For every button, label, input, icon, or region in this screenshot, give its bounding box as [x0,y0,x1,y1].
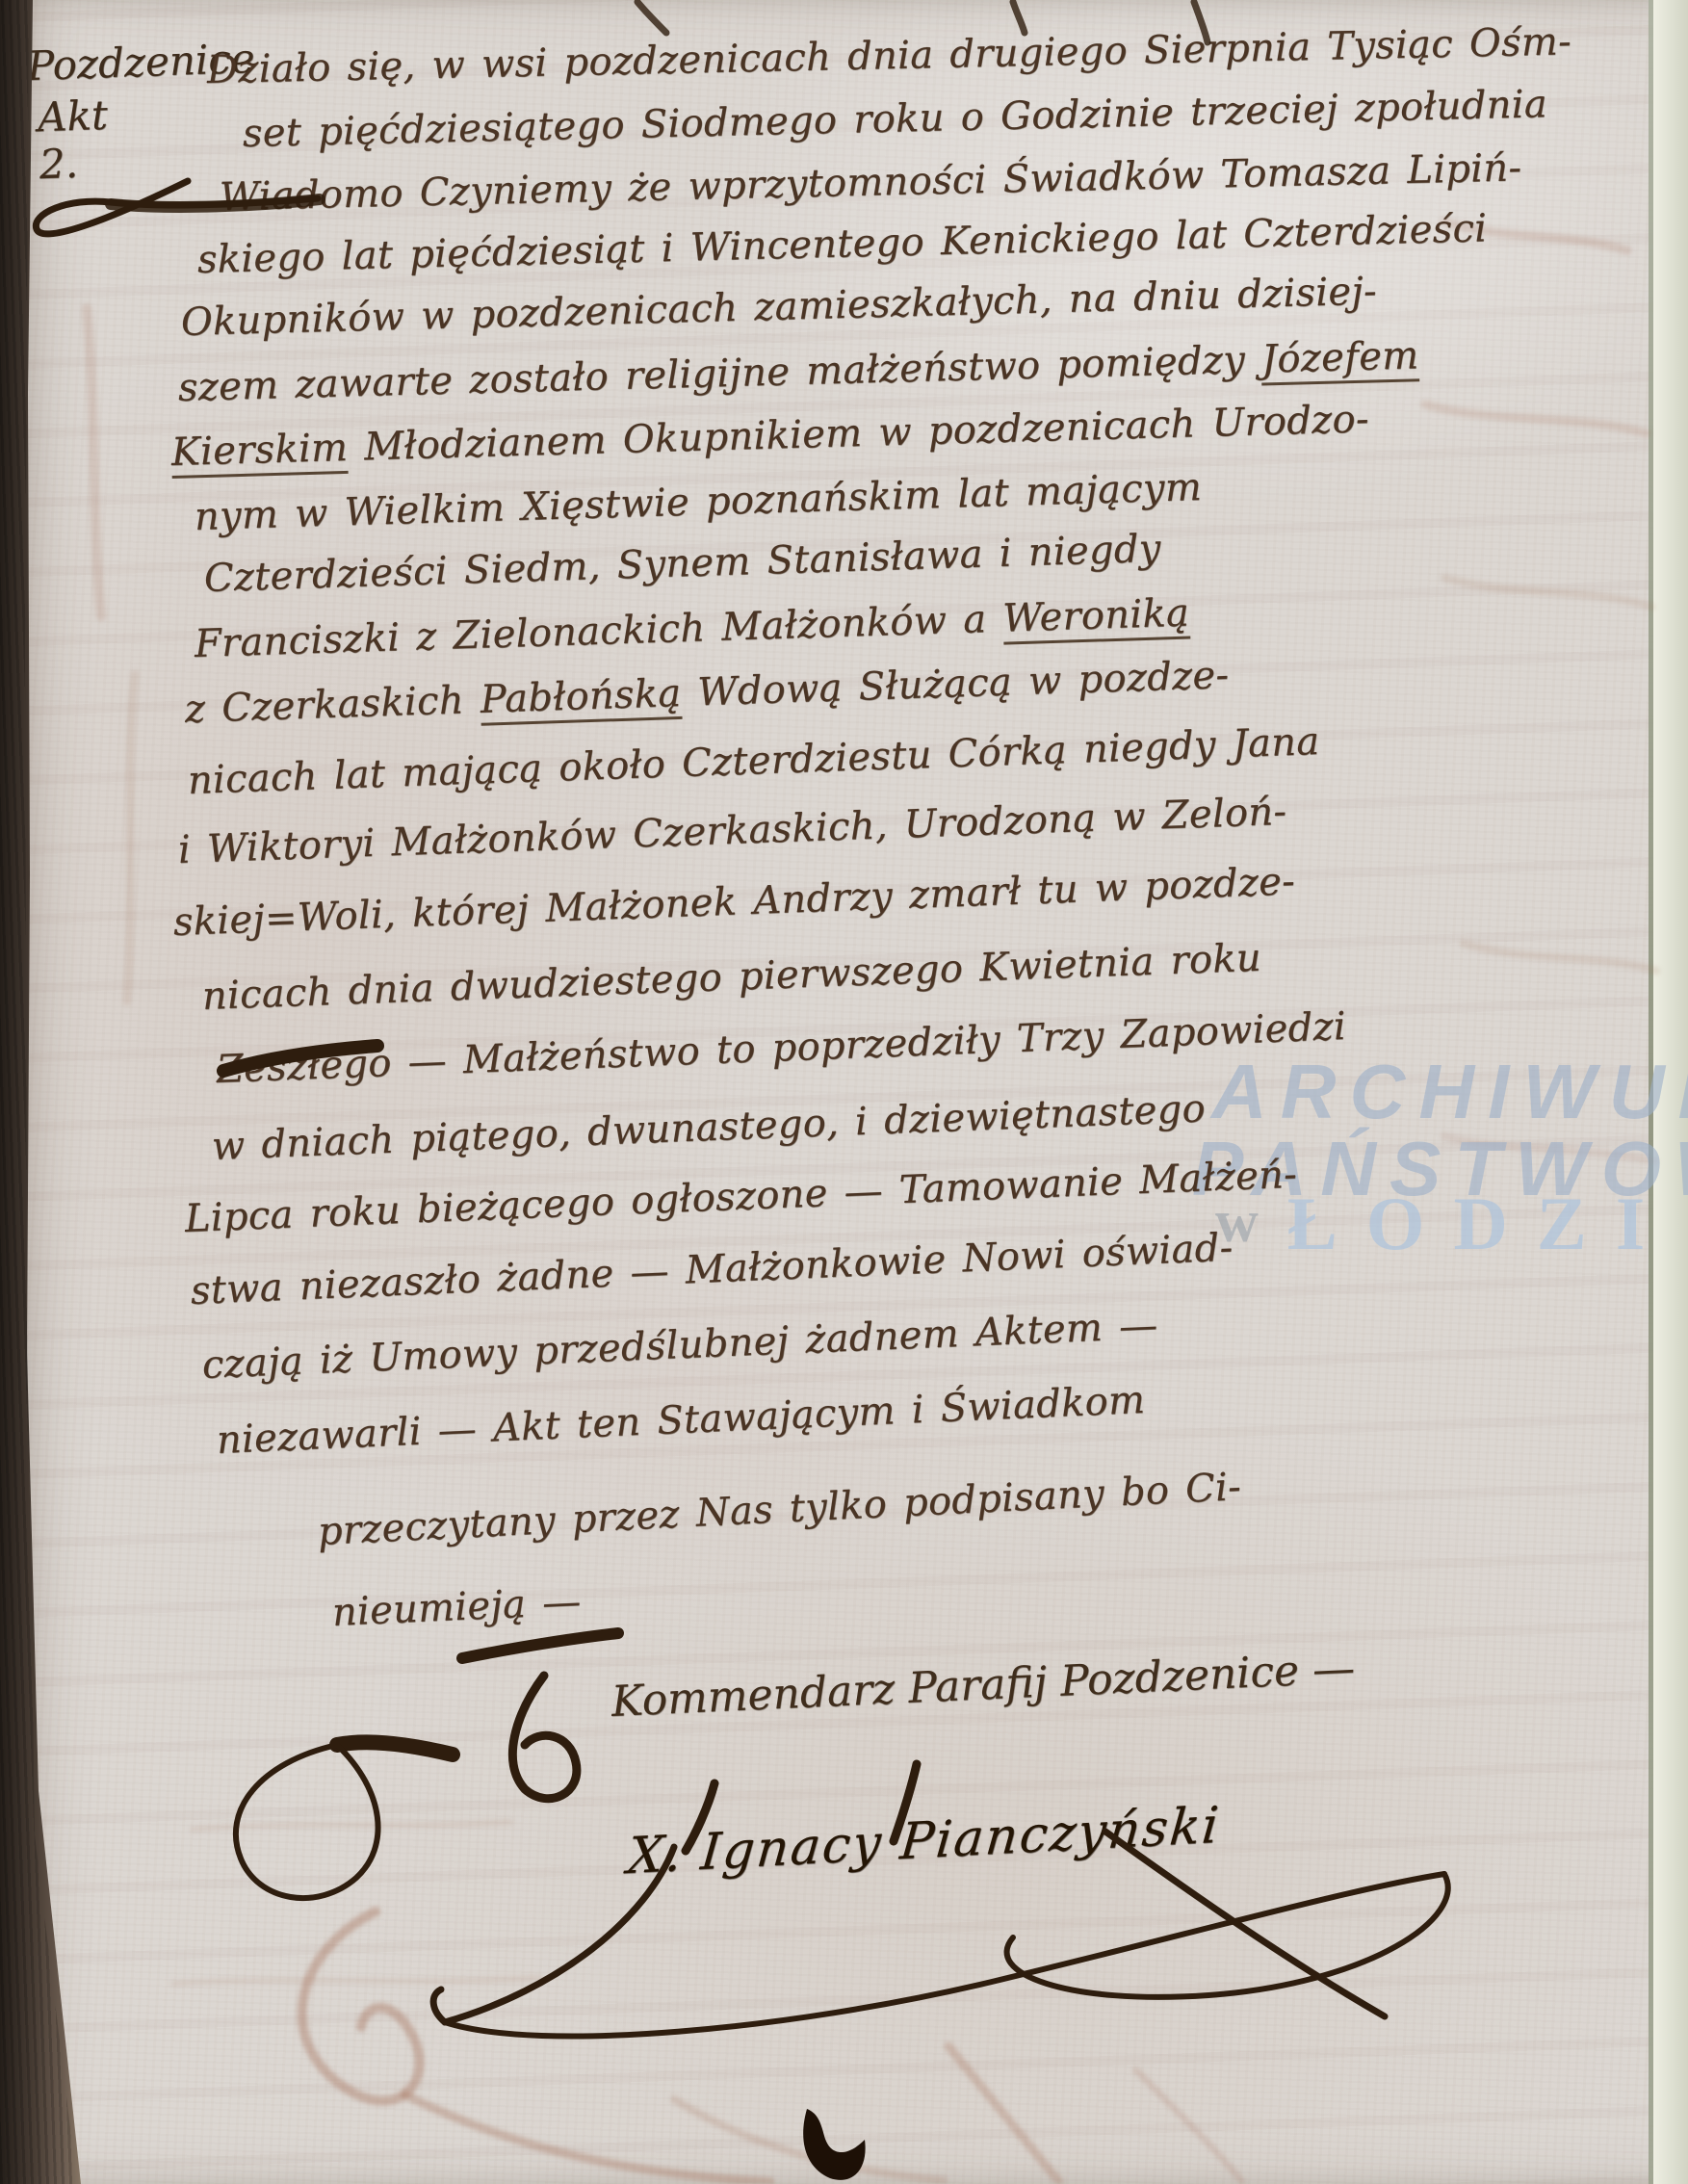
handwritten-text-line: Okupników w pozdzenicach zamieszkałych, … [180,269,1377,345]
handwritten-text-line: nym w Wielkim Xięstwie poznańskim lat ma… [194,465,1202,539]
underlined-name: Weroniką [1002,591,1190,645]
priest-signature: X. Ignacy Pianczyński [625,1797,1222,1886]
handwritten-text-line: set pięćdziesiątego Siodmego roku o Godz… [242,82,1547,156]
watermark-city-name: ŁODZI [1287,1182,1674,1265]
next-page-edge [1653,0,1688,2184]
handwritten-text-line: z Czerkaskich Pabłońską Wdową Służącą w … [184,653,1230,732]
handwritten-text-line: w dniach piątego, dwunastego, i dziewięt… [211,1086,1207,1169]
handwritten-text-line: Wiadomo Czyniemy że wprzytomności Świadk… [219,145,1521,220]
binding-texture [0,0,116,2184]
handwritten-text-line: Zeszłego — Małżeństwo to poprzedziły Trz… [216,1004,1347,1092]
underlined-name: Pabłońską [480,671,682,726]
handwritten-text-line: nicach lat mającą około Czterdziestu Cór… [187,719,1320,803]
handwritten-text-line: skiej=Woli, której Małżonek Andrzy zmarł… [172,859,1296,945]
handwritten-text-line: niezawarli — Akt ten Stawającym i Świadk… [216,1378,1146,1463]
margin-act-number: Akt 2. [37,91,110,188]
handwritten-text-line: przeczytany przez Nas tylko podpisany bo… [317,1465,1242,1554]
handwritten-text-line: Franciszki z Zielonackich Małżonków a We… [194,591,1190,666]
handwritten-text-line: czają iż Umowy przedślubnej żadnem Aktem… [201,1303,1158,1388]
handwritten-text-line: nieumieją — [331,1579,582,1635]
handwritten-text-line: szem zawarte zostało religijne małżeństw… [177,333,1419,410]
underlined-name: Kierskim [170,426,349,479]
document-page: ARCHIWUM PAŃSTWOWE w ŁODZI Pozdzenice Ak… [0,0,1688,2184]
closing-line: Kommendarz Parafij Pozdzenice — [610,1644,1356,1727]
handwritten-text-line: Działo się, w wsi pozdzenicach dnia drug… [207,19,1572,92]
underlined-name: Józefem [1260,333,1419,385]
handwritten-text-line: Kierskim Młodzianem Okupnikiem w pozdzen… [170,397,1369,475]
handwritten-text-line: i Wiktoryi Małżonków Czerkaskich, Urodzo… [177,790,1287,872]
ink-blot [803,2109,865,2180]
handwritten-text-line: stwa niezaszło żadne — Małżonkowie Nowi … [190,1226,1234,1313]
handwritten-text-line: nicach dnia dwudziestego pierwszego Kwie… [201,936,1262,1019]
archive-watermark-line1: ARCHIWUM [1211,1048,1688,1136]
handwritten-text-line: Lipca roku bieżącego ogłoszone — Tamowan… [184,1153,1298,1241]
handwritten-text-line: Czterdzieści Siedm, Synem Stanisława i n… [203,527,1161,601]
